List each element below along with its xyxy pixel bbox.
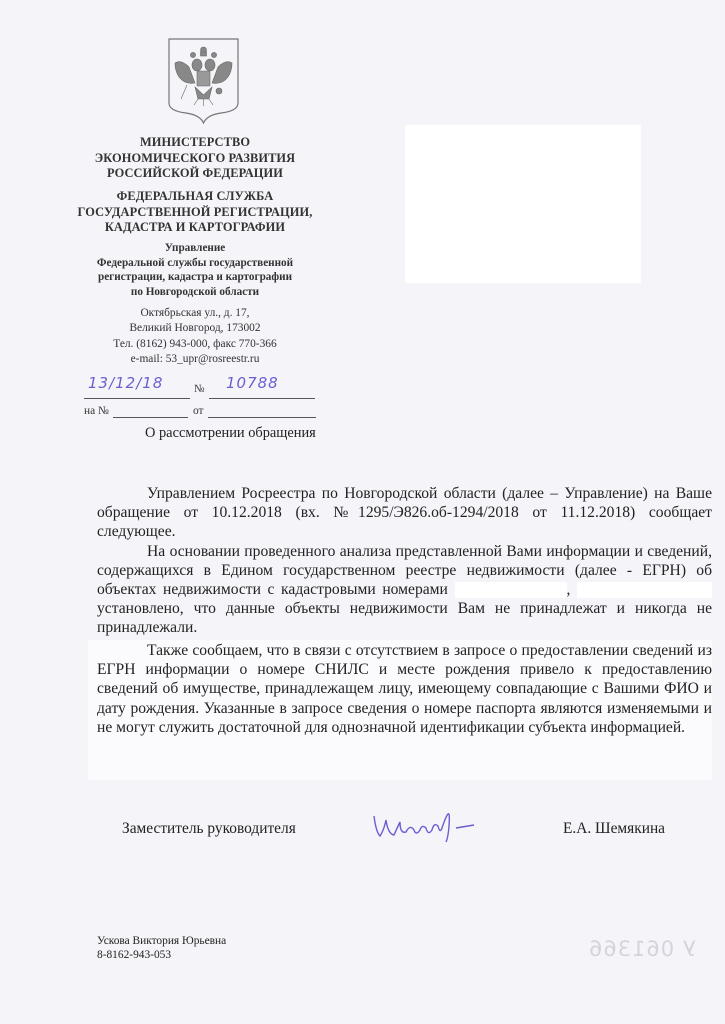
handwritten-signature xyxy=(370,808,480,849)
letter-body-cont: Также сообщаем, что в связи с отсутствие… xyxy=(97,641,712,737)
coat-of-arms-emblem xyxy=(167,37,240,124)
department-address: Октябрьская ул., д. 17, Великий Новгород… xyxy=(40,306,350,368)
executor-contact: Ускова Виктория Юрьевна 8-8162-943-053 xyxy=(97,934,226,963)
ref-number-label: на № xyxy=(84,405,109,417)
number-label: № xyxy=(194,383,205,395)
ref-date-label: от xyxy=(193,405,204,417)
redacted-cadastral-number-1 xyxy=(455,582,567,598)
ref-number-line xyxy=(113,417,188,418)
executor-phone: 8-8162-943-053 xyxy=(97,948,226,962)
paragraph-2: На основании проведенного анализа предст… xyxy=(97,542,712,638)
signatory-name: Е.А. Шемякина xyxy=(563,820,665,838)
department-name: Управление Федеральной службы государств… xyxy=(40,241,350,299)
redacted-cadastral-number-2 xyxy=(577,582,712,598)
letter-subject: О рассмотрении обращения xyxy=(145,425,316,442)
outgoing-date: 13/12/18 xyxy=(88,374,163,392)
signatory-position: Заместитель руководителя xyxy=(122,820,296,838)
paragraph-1: Управлением Росреестра по Новгородской о… xyxy=(97,484,712,542)
executor-name: Ускова Виктория Юрьевна xyxy=(97,934,226,948)
date-line xyxy=(84,398,190,399)
redacted-addressee xyxy=(405,125,641,283)
ministry-name: МИНИСТЕРСТВО ЭКОНОМИЧЕСКОГО РАЗВИТИЯ РОС… xyxy=(40,135,350,182)
ref-date-line xyxy=(208,417,316,418)
outgoing-number: 10788 xyxy=(226,374,279,392)
service-name: ФЕДЕРАЛЬНАЯ СЛУЖБА ГОСУДАРСТВЕННОЙ РЕГИС… xyxy=(40,189,350,236)
letter-body: Управлением Росреестра по Новгородской о… xyxy=(97,484,712,638)
blank-serial-number: У 061366 xyxy=(588,937,696,961)
paragraph-3: Также сообщаем, что в связи с отсутствие… xyxy=(97,641,712,737)
number-line xyxy=(209,398,315,399)
